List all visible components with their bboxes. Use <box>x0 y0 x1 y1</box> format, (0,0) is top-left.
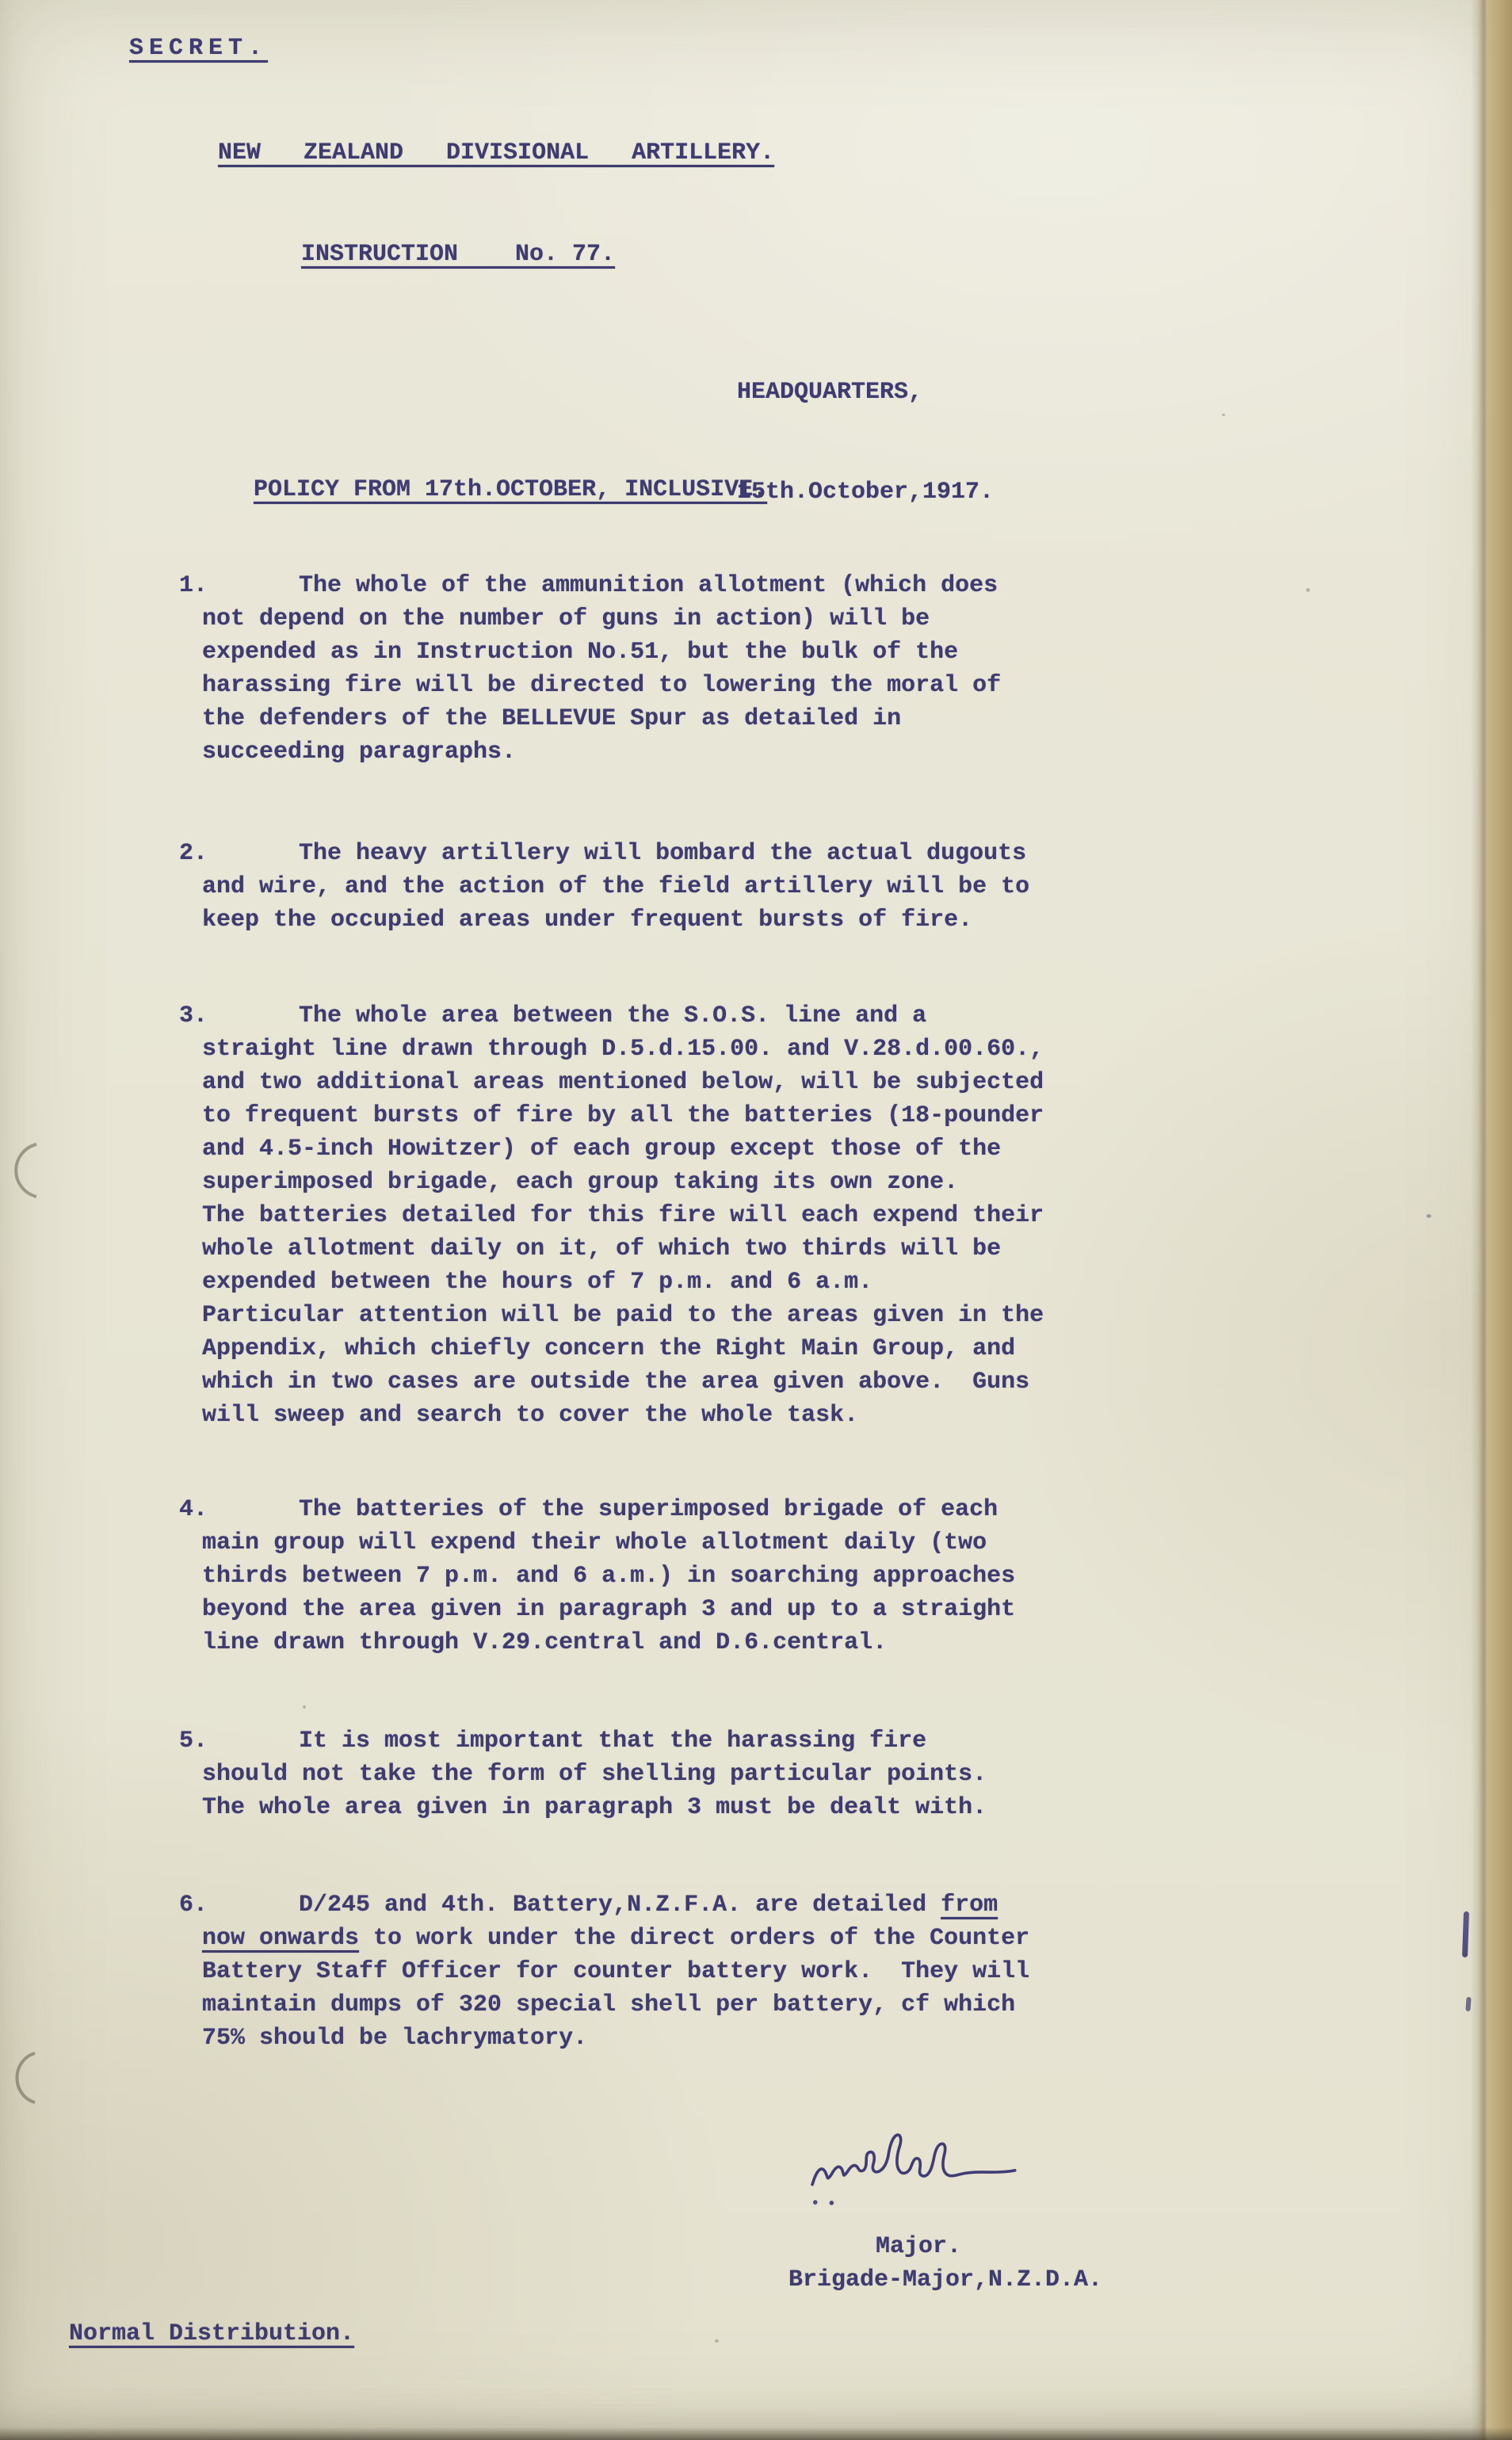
text-segment: and 4.5-inch Howitzer) of each group exc… <box>202 1136 1001 1163</box>
text-segment: The heavy artillery will bombard the act… <box>299 840 1026 867</box>
text-segment: Particular attention will be paid to the… <box>202 1302 1044 1329</box>
text-segment: It is most important that the harassing … <box>299 1728 926 1755</box>
text-line: keep the occupied areas under frequent b… <box>202 903 1029 937</box>
paper-speck <box>1426 1214 1431 1218</box>
text-segment: keep the occupied areas under frequent b… <box>202 907 972 934</box>
text-segment: Battery Staff Officer for counter batter… <box>202 1958 1029 1985</box>
paragraph-6: 6.D/245 and 4th. Battery,N.Z.F.A. are de… <box>179 1888 1029 2055</box>
signature <box>796 2103 1024 2213</box>
text-line: Particular attention will be paid to the… <box>202 1299 1044 1332</box>
text-line: harassing fire will be directed to lower… <box>202 669 1001 702</box>
paragraph-number: 2. <box>179 837 208 870</box>
text-line: Battery Staff Officer for counter batter… <box>202 1955 1029 1988</box>
text-line: Appendix, which chiefly concern the Righ… <box>202 1332 1044 1365</box>
text-line: main group will expend their whole allot… <box>202 1526 1015 1560</box>
text-line: which in two cases are outside the area … <box>202 1365 1044 1399</box>
paragraph-4: 4.The batteries of the superimposed brig… <box>179 1493 1015 1659</box>
paragraph-number: 5. <box>179 1724 208 1758</box>
underlined-text: from <box>941 1892 998 1919</box>
text-line: should not take the form of shelling par… <box>202 1758 987 1791</box>
text-segment: line drawn through V.29.central and D.6.… <box>202 1629 887 1656</box>
text-line: maintain dumps of 320 special shell per … <box>202 1988 1029 2022</box>
text-line: line drawn through V.29.central and D.6.… <box>202 1626 1015 1659</box>
margin-pen-mark <box>1462 1911 1469 1957</box>
text-segment: 75% should be lachrymatory. <box>202 2025 587 2052</box>
text-line: whole allotment daily on it, of which tw… <box>202 1232 1044 1266</box>
headquarters-label: HEADQUARTERS, <box>737 376 994 409</box>
distribution-note: Normal Distribution. <box>69 2317 354 2350</box>
text-line: succeeding paragraphs. <box>202 735 1001 769</box>
paper-speck <box>303 1705 306 1709</box>
text-segment: harassing fire will be directed to lower… <box>202 672 1001 699</box>
text-segment: maintain dumps of 320 special shell per … <box>202 1991 1015 2018</box>
text-segment: D/245 and 4th. Battery,N.Z.F.A. are deta… <box>299 1892 941 1919</box>
text-line: and wire, and the action of the field ar… <box>202 870 1029 903</box>
document-page: SECRET. NEW ZEALAND DIVISIONAL ARTILLERY… <box>0 0 1512 2440</box>
text-segment: straight line drawn through D.5.d.15.00.… <box>202 1036 1044 1063</box>
text-line: D/245 and 4th. Battery,N.Z.F.A. are deta… <box>202 1888 1029 1922</box>
text-line: thirds between 7 p.m. and 6 a.m.) in soa… <box>202 1560 1015 1593</box>
text-line: superimposed brigade, each group taking … <box>202 1166 1044 1199</box>
text-line: The batteries of the superimposed brigad… <box>202 1493 1015 1526</box>
paragraph-number: 3. <box>179 999 208 1033</box>
paper-speck <box>715 2339 719 2343</box>
paragraph-5: 5.It is most important that the harassin… <box>179 1724 987 1824</box>
text-line: expended between the hours of 7 p.m. and… <box>202 1266 1044 1299</box>
text-segment: Appendix, which chiefly concern the Righ… <box>202 1335 1015 1362</box>
text-line: beyond the area given in paragraph 3 and… <box>202 1593 1015 1626</box>
text-line: and two additional areas mentioned below… <box>202 1066 1044 1099</box>
text-segment: to work under the direct orders of the C… <box>359 1925 1029 1952</box>
document-title: NEW ZEALAND DIVISIONAL ARTILLERY. <box>218 136 774 170</box>
text-line: to frequent bursts of fire by all the ba… <box>202 1099 1044 1132</box>
document-date: 15th.October,1917. <box>737 475 994 509</box>
punch-hole-mark <box>2 1140 54 1201</box>
text-line: The whole of the ammunition allotment (w… <box>202 569 1001 602</box>
text-segment: expended as in Instruction No.51, but th… <box>202 639 958 666</box>
paper-speck <box>1306 588 1310 592</box>
text-segment: The whole of the ammunition allotment (w… <box>299 572 998 599</box>
text-segment: expended between the hours of 7 p.m. and… <box>202 1269 872 1296</box>
text-line: not depend on the number of guns in acti… <box>202 602 1001 636</box>
text-line: the defenders of the BELLEVUE Spur as de… <box>202 702 1001 735</box>
text-segment: should not take the form of shelling par… <box>202 1761 987 1788</box>
paragraph-number: 6. <box>179 1888 208 1922</box>
text-segment: whole allotment daily on it, of which tw… <box>202 1235 1001 1262</box>
paragraph-number: 4. <box>179 1493 208 1526</box>
text-segment: and wire, and the action of the field ar… <box>202 873 1029 900</box>
text-line: and 4.5-inch Howitzer) of each group exc… <box>202 1132 1044 1166</box>
text-segment: The batteries of the superimposed brigad… <box>299 1496 998 1523</box>
instruction-number-line: INSTRUCTION No. 77. <box>301 238 615 271</box>
text-segment: beyond the area given in paragraph 3 and… <box>202 1596 1015 1623</box>
text-segment: succeeding paragraphs. <box>202 739 516 766</box>
text-line: straight line drawn through D.5.d.15.00.… <box>202 1033 1044 1066</box>
text-line: now onwards to work under the direct ord… <box>202 1922 1029 1955</box>
text-line: The heavy artillery will bombard the act… <box>202 837 1029 870</box>
punch-hole-mark <box>2 2047 54 2109</box>
text-segment: The batteries detailed for this fire wil… <box>202 1202 1044 1229</box>
text-line: will sweep and search to cover the whole… <box>202 1399 1044 1432</box>
text-line: The whole area given in paragraph 3 must… <box>202 1791 987 1824</box>
underlined-text: now onwards <box>202 1925 359 1952</box>
text-line: 75% should be lachrymatory. <box>202 2022 1029 2055</box>
paragraph-1: 1.The whole of the ammunition allotment … <box>179 569 1001 769</box>
text-segment: will sweep and search to cover the whole… <box>202 1402 858 1429</box>
text-segment: main group will expend their whole allot… <box>202 1529 987 1556</box>
signatory-rank: Major. <box>876 2230 961 2263</box>
text-segment: The whole area between the S.O.S. line a… <box>299 1002 926 1029</box>
text-line: The whole area between the S.O.S. line a… <box>202 999 1044 1033</box>
text-segment: thirds between 7 p.m. and 6 a.m.) in soa… <box>202 1563 1015 1590</box>
classification-stamp: SECRET. <box>129 32 268 65</box>
paragraph-number: 1. <box>179 569 208 602</box>
text-segment: The whole area given in paragraph 3 must… <box>202 1794 987 1821</box>
paragraph-3: 3.The whole area between the S.O.S. line… <box>179 999 1044 1432</box>
text-segment: to frequent bursts of fire by all the ba… <box>202 1102 1044 1129</box>
page-edge <box>0 2427 1512 2440</box>
text-segment: not depend on the number of guns in acti… <box>202 605 930 632</box>
signatory-title: Brigade-Major,N.Z.D.A. <box>788 2263 1102 2297</box>
policy-heading: POLICY FROM 17th.OCTOBER, INCLUSIVE. <box>254 473 767 506</box>
text-segment: which in two cases are outside the area … <box>202 1369 1029 1396</box>
text-segment: superimposed brigade, each group taking … <box>202 1169 958 1196</box>
text-segment: the defenders of the BELLEVUE Spur as de… <box>202 705 901 732</box>
paper-speck <box>1222 414 1225 416</box>
text-line: The batteries detailed for this fire wil… <box>202 1199 1044 1232</box>
text-line: expended as in Instruction No.51, but th… <box>202 636 1001 669</box>
text-segment: and two additional areas mentioned below… <box>202 1069 1044 1096</box>
page-edge <box>1471 0 1512 2440</box>
paragraph-2: 2.The heavy artillery will bombard the a… <box>179 837 1029 937</box>
text-line: It is most important that the harassing … <box>202 1724 987 1758</box>
headquarters-block: HEADQUARTERS, 15th.October,1917. <box>737 309 994 575</box>
